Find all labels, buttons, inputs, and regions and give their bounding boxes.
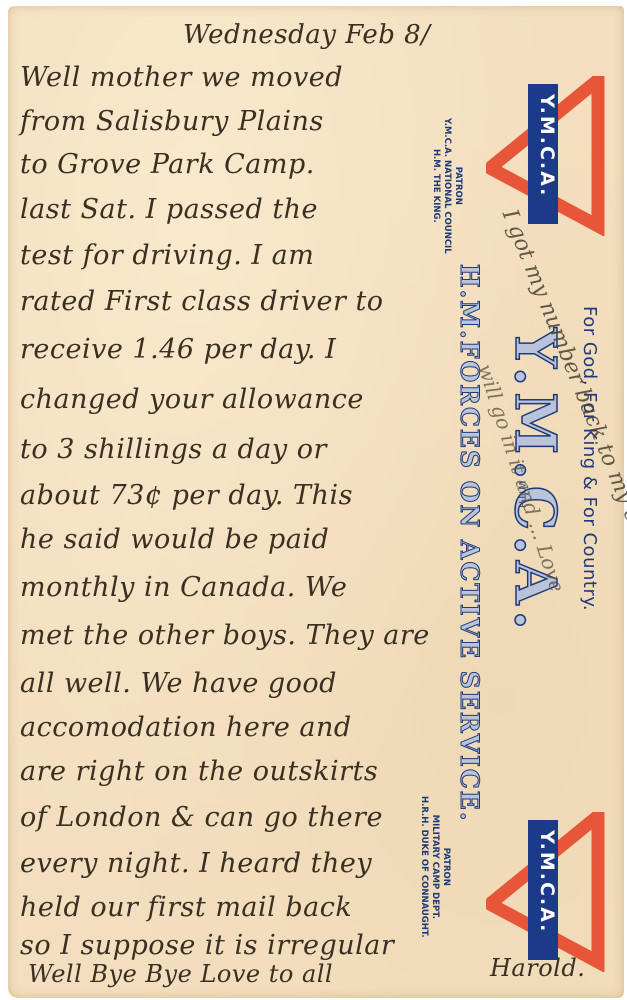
logo-text: Y.M.C.A. [536, 830, 558, 933]
postcard: Wednesday Feb 8/ Well mother we moved fr… [8, 6, 624, 998]
patron-label: PATRON [452, 118, 463, 254]
letter-line: met the other boys. They are [20, 620, 430, 651]
letter-line: are right on the outskirts [20, 756, 378, 787]
letter-line: to 3 shillings a day or [20, 434, 327, 465]
letter-line: about 73¢ per day. This [20, 480, 353, 511]
patron-org: Y.M.C.A. NATIONAL COUNCIL [441, 118, 452, 254]
letter-line: test for driving. I am [20, 240, 314, 271]
letter-line: to Grove Park Camp. [20, 149, 315, 180]
letter-line: Well mother we moved [20, 62, 343, 93]
letter-line: he said would be paid [20, 524, 329, 555]
patron-block-top: PATRON Y.M.C.A. NATIONAL COUNCIL H.M. TH… [430, 118, 463, 254]
letter-line: last Sat. I passed the [20, 194, 318, 225]
forces-heading: H.M.FORCES ON ACTIVE SERVICE. [455, 264, 484, 823]
letter-line: accomodation here and [20, 712, 352, 743]
letter-line: all well. We have good [20, 668, 337, 699]
patron-block-bottom: PATRON MILITARY CAMP DEPT. H.R.H. DUKE O… [418, 796, 451, 938]
letter-line: of London & can go there [20, 802, 383, 833]
letter-line: held our first mail back [20, 892, 352, 923]
logo-text: Y.M.C.A. [536, 94, 558, 197]
letter-line: rated First class driver to [20, 286, 384, 317]
ymca-triangle-logo-bottom: Y.M.C.A. [486, 812, 606, 972]
patron-org: MILITARY CAMP DEPT. [429, 796, 440, 938]
letter-line: so I suppose it is irregular [20, 930, 394, 961]
patron-name: H.M. THE KING. [430, 118, 441, 254]
letter-closing: Well Bye Bye Love to all [28, 960, 333, 988]
letter-line: changed your allowance [20, 384, 364, 415]
patron-name: H.R.H. DUKE OF CONNAUGHT. [418, 796, 429, 938]
letter-line: every night. I heard they [20, 848, 372, 879]
letter-date: Wednesday Feb 8/ [183, 20, 430, 50]
letter-line: from Salisbury Plains [20, 106, 324, 137]
letter-line: monthly in Canada. We [20, 572, 347, 603]
letter-line: receive 1.46 per day. I [20, 334, 336, 365]
patron-label: PATRON [440, 796, 451, 938]
